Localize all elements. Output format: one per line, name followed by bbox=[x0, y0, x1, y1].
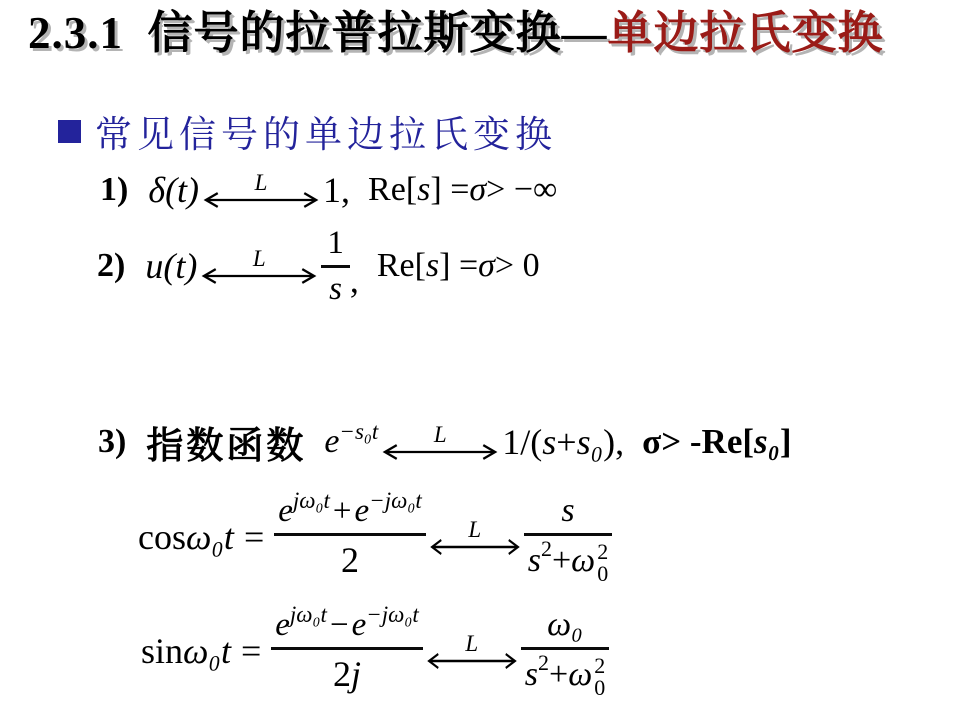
laplace-arrow: L bbox=[426, 632, 518, 670]
euler-fraction-cos: e jω₀t + e −jω₀t 2 bbox=[274, 493, 426, 581]
cond-s0: s₀ bbox=[754, 422, 780, 462]
roc-eq: ] = bbox=[439, 247, 478, 285]
laplace-arrow: L bbox=[429, 518, 521, 556]
cond-sigma: σ bbox=[642, 422, 661, 462]
omega-sub-sup: 2 0 bbox=[594, 655, 605, 699]
roc-s: s bbox=[426, 247, 439, 285]
roc-bound: > −∞ bbox=[486, 171, 557, 209]
sin-fn: sin bbox=[141, 630, 183, 672]
region-of-convergence: Re[ s ] = σ > 0 bbox=[377, 247, 540, 285]
cosine-transform-row: cos ω₀t = e jω₀t + e −jω₀t 2 L s bbox=[138, 478, 612, 596]
laplace-arrow: L bbox=[381, 423, 499, 461]
plus-operator: + bbox=[333, 493, 352, 530]
fraction-bar bbox=[524, 533, 612, 536]
title-prefix: 2.3.1 信号的拉普拉斯变换— bbox=[28, 8, 608, 58]
cos-arg: ω₀t bbox=[186, 516, 234, 558]
equals-sign: = bbox=[244, 516, 264, 558]
transform-pair-step: 2) u(t) L 1 s , Re[ s ] = σ > 0 bbox=[97, 220, 540, 312]
bidirectional-arrow-icon bbox=[202, 191, 320, 209]
cond-mid: > -Re[ bbox=[661, 422, 754, 462]
roc-sigma: σ bbox=[469, 171, 486, 209]
transform-pair-exponential: 3) 指数函数 e −s₀t L 1/( s + s₀ ), σ > -Re[ … bbox=[98, 408, 792, 476]
page-title: 2.3.1 信号的拉普拉斯变换—单边拉氏变换 bbox=[28, 8, 884, 60]
comma: , bbox=[350, 259, 359, 301]
rhs-close: ), bbox=[603, 421, 624, 463]
roc-sigma: σ bbox=[478, 247, 495, 285]
fraction-bar bbox=[271, 647, 423, 650]
roc-bound: > 0 bbox=[495, 247, 540, 285]
omega-sub: 0 bbox=[594, 677, 605, 699]
bidirectional-arrow-icon bbox=[200, 267, 318, 285]
exp-exponent: −s₀t bbox=[339, 419, 378, 445]
euler-denominator: 2 bbox=[335, 539, 365, 581]
laplace-arrow: L bbox=[200, 247, 318, 285]
den-plus: + bbox=[552, 542, 571, 580]
s-domain-fraction-sin: ω₀ s 2 + ω 2 0 bbox=[521, 606, 609, 697]
fraction-denominator: s bbox=[323, 271, 348, 308]
section-heading-text: 常见信号的单边拉氏变换 bbox=[95, 104, 557, 158]
exp-exponent: jω₀t bbox=[290, 602, 327, 628]
euler-denominator: 2j bbox=[327, 653, 367, 695]
omega-sub-sup: 2 0 bbox=[597, 541, 608, 585]
exp-base: e bbox=[278, 493, 293, 530]
den-omega: ω bbox=[568, 656, 592, 694]
laplace-arrow: L bbox=[202, 171, 320, 209]
exponential-label: 指数函数 bbox=[146, 415, 306, 469]
title-highlight: 单边拉氏变换 bbox=[608, 8, 884, 58]
rhs-s0: s₀ bbox=[577, 421, 604, 463]
cos-fn: cos bbox=[138, 516, 186, 558]
roc-eq: ] = bbox=[430, 171, 469, 209]
den-s-squared: 2 bbox=[541, 536, 552, 562]
convergence-condition: σ > -Re[ s₀ ] bbox=[642, 422, 791, 462]
exponential-expression: e −s₀t bbox=[324, 423, 378, 461]
exp-exponent: −jω₀t bbox=[369, 488, 422, 514]
euler-fraction-sin: e jω₀t − e −jω₀t 2j bbox=[271, 607, 423, 695]
s-domain-fraction-cos: s s 2 + ω 2 0 bbox=[524, 492, 612, 583]
sine-transform-row: sin ω₀t = e jω₀t − e −jω₀t 2j L bbox=[141, 592, 609, 710]
transform-result: 1, bbox=[323, 169, 350, 211]
exp-exponent: jω₀t bbox=[293, 488, 330, 514]
impulse-function: δ(t) bbox=[148, 169, 199, 211]
transform-pair-impulse: 1) δ(t) L 1, Re[ s ] = σ > −∞ bbox=[100, 163, 557, 217]
rhs-denominator: s 2 + ω 2 0 bbox=[524, 539, 612, 583]
rhs-numerator: s bbox=[561, 492, 574, 530]
item-number: 2) bbox=[97, 247, 125, 285]
den-j: j bbox=[351, 654, 361, 694]
den-omega: ω bbox=[571, 542, 595, 580]
fraction-bar bbox=[521, 647, 609, 650]
exp-base: e bbox=[352, 607, 367, 644]
rhs-s: s bbox=[542, 421, 556, 463]
cosine-lhs: cos ω₀t = bbox=[138, 516, 264, 558]
item-number: 3) bbox=[98, 423, 126, 461]
rhs-open: 1/( bbox=[502, 421, 542, 463]
transform-result: 1/( s + s₀ ), bbox=[502, 421, 624, 463]
euler-numerator: e jω₀t + e −jω₀t bbox=[274, 493, 426, 530]
roc-s: s bbox=[417, 171, 430, 209]
exp-base: e bbox=[324, 423, 339, 461]
sin-arg: ω₀t bbox=[183, 630, 231, 672]
laplace-transform-slide: 2.3.1 信号的拉普拉斯变换—单边拉氏变换 常见信号的单边拉氏变换 1) δ(… bbox=[0, 0, 960, 711]
bullet-square-icon bbox=[58, 120, 81, 143]
rhs-numerator: ω₀ bbox=[547, 606, 583, 644]
omega-sup: 2 bbox=[594, 655, 605, 677]
exp-base: e bbox=[355, 493, 370, 530]
exp-exponent: −jω₀t bbox=[366, 602, 419, 628]
den-s-squared: 2 bbox=[538, 650, 549, 676]
fraction-bar bbox=[274, 533, 426, 536]
fraction-numerator: 1 bbox=[321, 225, 350, 262]
cond-close: ] bbox=[780, 422, 792, 462]
roc-re: Re[ bbox=[377, 247, 426, 285]
euler-numerator: e jω₀t − e −jω₀t bbox=[271, 607, 423, 644]
fraction-one-over-s: 1 s bbox=[321, 225, 350, 308]
section-heading: 常见信号的单边拉氏变换 bbox=[58, 104, 557, 158]
bidirectional-arrow-icon bbox=[381, 443, 499, 461]
exp-base: e bbox=[275, 607, 290, 644]
rhs-plus: + bbox=[556, 421, 576, 463]
den-s: s bbox=[525, 656, 538, 694]
equals-sign: = bbox=[241, 630, 261, 672]
den-s: s bbox=[528, 542, 541, 580]
item-number: 1) bbox=[100, 171, 128, 209]
region-of-convergence: Re[ s ] = σ > −∞ bbox=[368, 171, 557, 209]
roc-re: Re[ bbox=[368, 171, 417, 209]
bidirectional-arrow-icon bbox=[426, 652, 518, 670]
step-function: u(t) bbox=[145, 245, 197, 287]
rhs-denominator: s 2 + ω 2 0 bbox=[521, 653, 609, 697]
sine-lhs: sin ω₀t = bbox=[141, 630, 261, 672]
den-plus: + bbox=[549, 656, 568, 694]
omega-sup: 2 bbox=[597, 541, 608, 563]
fraction-bar bbox=[321, 265, 350, 268]
bidirectional-arrow-icon bbox=[429, 538, 521, 556]
omega-sub: 0 bbox=[597, 563, 608, 585]
den-two: 2 bbox=[333, 654, 351, 694]
minus-operator: − bbox=[330, 607, 349, 644]
